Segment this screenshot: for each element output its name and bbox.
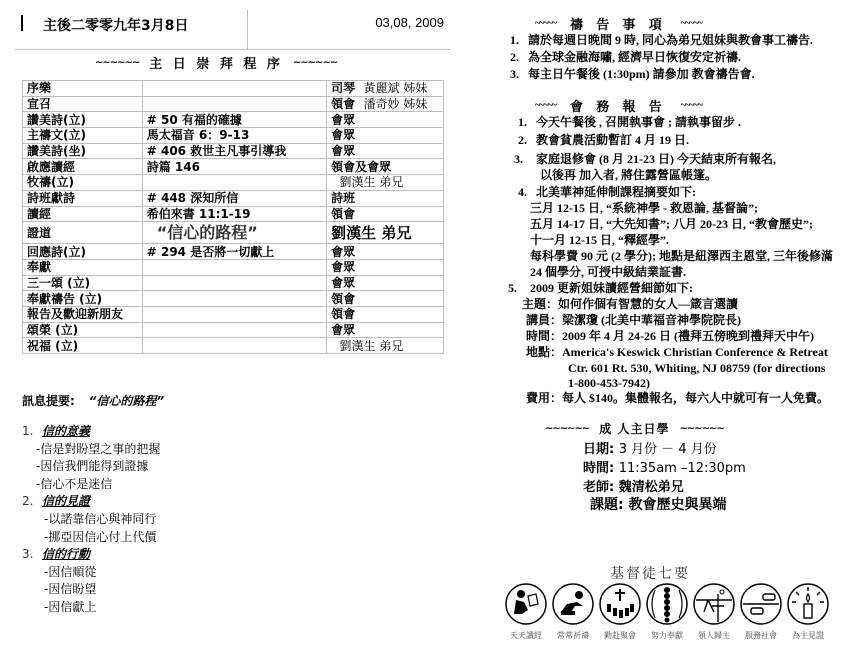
outline-point: -因信順從 [22, 564, 160, 582]
news-item-4-line: 十一月 12-15 日, “釋經學”. [530, 233, 669, 248]
worship-item: 奉獻 [23, 259, 143, 275]
worship-content [142, 175, 326, 191]
worship-row: 讚美詩(坐)# 406 救世主凡事引導我會眾 [23, 143, 444, 159]
worship-leader: 領會 [327, 206, 444, 222]
header-divider [247, 10, 248, 50]
essential-offering: 努力奉獻 [644, 582, 690, 641]
essential-praying: 常常祈禱 [550, 582, 596, 641]
worship-content: # 448 深知所信 [142, 190, 326, 206]
church-news-title: 會 務 報 告 [570, 96, 667, 115]
worship-row: 啟應讀經詩篇 146領會及會眾 [23, 159, 444, 175]
worship-leader: 司琴 黃麗斌 姊妹 [327, 81, 444, 97]
bible-reading-icon [504, 582, 548, 626]
worship-leader: 會眾 [327, 259, 444, 275]
worship-item: 牧禱(立) [23, 175, 143, 191]
retreat-location-line: 1-800-453-7942) [568, 376, 650, 391]
squiggle-decoration-icon: ~~~~~ [535, 18, 556, 29]
prayer-items-heading: ~~~~~ 禱 告 事 項 ~~~~~ [535, 14, 702, 33]
sunday-school-heading: ~~~~~~ 成 人主日學 ~~~~~~ [545, 420, 724, 437]
essential-gathering: 勤赴聚會 [597, 582, 643, 641]
squiggle-decoration-icon: ~~~~~~ [545, 423, 589, 434]
header-bar-decoration [21, 15, 23, 31]
sunday-school-time: 時間: 11:35am –12:30pm [583, 457, 746, 476]
order-of-worship-table: 序樂司琴 黃麗斌 姊妹宣召領會 潘奇妙 姊妹讚美詩(立)# 50 有福的確據會眾… [22, 80, 444, 354]
outline-point: -因信我們能得到證據 [22, 458, 160, 476]
worship-row: 牧禱(立) 劉漢生 弟兄 [23, 175, 444, 191]
worship-content [142, 338, 326, 354]
outline-point: -信是對盼望之事的把握 [22, 441, 160, 459]
prayer-item: 1.請於每週日晚間 9 時, 同心為弟兄姐妹與教會事工禱告. [510, 33, 813, 48]
worship-row: 頌榮 (立)會眾 [23, 322, 444, 338]
news-item-1: 1.今天午餐後 , 召開執事會 ; 請執事留步 . [518, 115, 741, 130]
outline-point: -因信盼望 [22, 581, 160, 599]
worship-row: 讀經希伯來書 11:1-19領會 [23, 206, 444, 222]
retreat-fee: 費用：每人 $140。集體報名，每六人中就可有一人免費。 [526, 391, 829, 406]
essential-bible-reading: 天天讀經 [503, 582, 549, 641]
worship-item: 讀經 [23, 206, 143, 222]
news-item-3-cont: 以後再 加入者, 將住露營區帳篷。 [540, 168, 717, 183]
worship-row: 奉獻會眾 [23, 259, 444, 275]
outline-section-heading: 3.信的行動 [22, 546, 160, 564]
date-chinese: 主後二零零九年3月8日 [43, 15, 188, 35]
worship-item: 祝福 (立) [23, 338, 143, 354]
retreat-location-line: Ctr. 601 Rt. 530, Whiting, NJ 08759 (for… [568, 361, 826, 376]
outline-point: -以諾靠信心與神同行 [22, 511, 160, 529]
worship-content [142, 259, 326, 275]
outline-section-heading: 2.信的見證 [22, 493, 160, 511]
worship-leader: 領會 [327, 306, 444, 322]
worship-item: 詩班獻詩 [23, 190, 143, 206]
news-item-4: 4.北美華神延伸制課程摘要如下: [518, 185, 696, 200]
essential-evangelism: 領人歸主 [691, 582, 737, 641]
news-item-5: 5.2009 更新姐妹讀經營細節如下: [508, 281, 693, 296]
praying-icon [551, 582, 595, 626]
worship-item: 證道 [23, 222, 143, 244]
worship-row: 三一頌 (立)會眾 [23, 275, 444, 291]
sermon-outline-list: 1.信的意義-信是對盼望之事的把握-因信我們能得到證據-信心不是迷信2.信的見證… [22, 423, 160, 617]
sermon-title: “信心的路程” [89, 394, 164, 408]
worship-item: 報告及歡迎新朋友 [23, 306, 143, 322]
worship-content: 希伯來書 11:1-19 [142, 206, 326, 222]
worship-item: 奉獻禱告 (立) [23, 291, 143, 307]
service-icon [739, 582, 783, 626]
squiggle-decoration-icon: ~~~~~~ [293, 57, 337, 68]
outline-point: -信心不是迷信 [22, 476, 160, 494]
bulletin-header: 主後二零零九年3月8日 03,08, 2009 [15, 10, 450, 50]
worship-content: # 294 是否將一切獻上 [142, 244, 326, 260]
worship-row: 序樂司琴 黃麗斌 姊妹 [23, 81, 444, 97]
order-of-worship-heading: ~~~~~~ 主 日 崇 拜 程 序 ~~~~~~ [95, 53, 337, 72]
worship-content [142, 322, 326, 338]
worship-leader: 詩班 [327, 190, 444, 206]
worship-leader: 會眾 [327, 322, 444, 338]
worship-leader: 會眾 [327, 143, 444, 159]
outline-section-heading: 1.信的意義 [22, 423, 160, 441]
sunday-school-topic: 課題: 教會歷史與異端 [590, 494, 726, 514]
squiggle-decoration-icon: ~~~~~~ [679, 423, 723, 434]
news-item-2: 2.教會貧農活動暫訂 4 月 19 日. [518, 133, 689, 148]
worship-content: “信心的路程” [142, 222, 326, 244]
news-item-4-line: 三月 12-15 日, “系統神學 - 救恩論, 基督論”; [530, 201, 758, 216]
sunday-school-title: 成 人主日學 [599, 420, 669, 437]
worship-leader: 會眾 [327, 244, 444, 260]
prayer-items-title: 禱 告 事 項 [570, 14, 667, 33]
worship-leader: 領會及會眾 [327, 159, 444, 175]
worship-leader: 領會 潘奇妙 姊妹 [327, 96, 444, 112]
worship-row: 主禱文(立)馬太福音 6：9-13會眾 [23, 128, 444, 144]
worship-leader: 劉漢生 弟兄 [327, 175, 444, 191]
worship-leader: 會眾 [327, 275, 444, 291]
worship-row: 報告及歡迎新朋友領會 [23, 306, 444, 322]
worship-row: 詩班獻詩# 448 深知所信詩班 [23, 190, 444, 206]
worship-row: 回應詩(立)# 294 是否將一切獻上會眾 [23, 244, 444, 260]
seven-essentials-title: 基督徒七要 [610, 563, 690, 583]
worship-row: 奉獻禱告 (立)領會 [23, 291, 444, 307]
worship-row: 祝福 (立) 劉漢生 弟兄 [23, 338, 444, 354]
worship-item: 序樂 [23, 81, 143, 97]
gathering-icon [598, 582, 642, 626]
evangelism-icon [692, 582, 736, 626]
worship-leader: 會眾 [327, 128, 444, 144]
squiggle-decoration-icon: ~~~~~~ [95, 57, 139, 68]
worship-leader: 會眾 [327, 112, 444, 128]
retreat-time: 時間：2009 年 4 月 24-26 日 (禮拜五傍晚到禮拜天中午) [526, 329, 814, 344]
retreat-theme: 主題：如何作個有智慧的女人—箴言選讀 [522, 297, 738, 312]
news-item-4-line: 每科學費 90 元 (2 學分); 地點是紐澤西主恩堂, 三年後修滿 [530, 249, 833, 264]
essential-service: 服務社會 [738, 582, 784, 641]
retreat-location: 地點：America's Keswick Christian Conferenc… [526, 345, 828, 360]
offering-icon [645, 582, 689, 626]
worship-content [142, 81, 326, 97]
news-item-4-line: 五月 14-17 日, “大先知書”; 八月 20-23 日, “教會歷史”; [530, 217, 813, 232]
order-of-worship-title: 主 日 崇 拜 程 序 [149, 53, 283, 72]
worship-content: 詩篇 146 [142, 159, 326, 175]
worship-leader: 劉漢生 弟兄 [327, 222, 444, 244]
sermon-outline-header: 訊息提要: “信心的路程” [22, 392, 164, 409]
worship-content: # 50 有福的確據 [142, 112, 326, 128]
prayer-item: 3.每主日午餐後 (1:30pm) 請參加 教會禱告會. [510, 67, 755, 82]
church-news-heading: ~~~~~ 會 務 報 告 ~~~~~ [535, 96, 702, 115]
news-item-4-line: 24 個學分, 可授中級結業証書. [530, 265, 686, 280]
sunday-school-teacher: 老師: 魏清松弟兄 [583, 476, 684, 495]
outline-point: -因信獻上 [22, 599, 160, 617]
worship-item: 主禱文(立) [23, 128, 143, 144]
squiggle-decoration-icon: ~~~~~ [681, 100, 702, 111]
essential-witness: 為主見證 [785, 582, 831, 641]
worship-content [142, 306, 326, 322]
outline-point: -挪亞因信心付上代價 [22, 529, 160, 547]
worship-leader: 劉漢生 弟兄 [327, 338, 444, 354]
worship-row: 讚美詩(立)# 50 有福的確據會眾 [23, 112, 444, 128]
worship-content [142, 275, 326, 291]
worship-row: 證道“信心的路程”劉漢生 弟兄 [23, 222, 444, 244]
squiggle-decoration-icon: ~~~~~ [535, 100, 556, 111]
worship-leader: 領會 [327, 291, 444, 307]
worship-content [142, 291, 326, 307]
date-numeric: 03,08, 2009 [375, 15, 444, 30]
worship-content: 馬太福音 6：9-13 [142, 128, 326, 144]
retreat-speaker: 講員：梁潔瓊 (北美中華福音神學院院長) [526, 313, 741, 328]
sunday-school-date: 日期: 3 月份 － 4 月份 [583, 438, 717, 457]
worship-content [142, 96, 326, 112]
worship-item: 宣召 [23, 96, 143, 112]
worship-item: 啟應讀經 [23, 159, 143, 175]
worship-item: 讚美詩(坐) [23, 143, 143, 159]
candle-witness-icon [786, 582, 830, 626]
worship-item: 頌榮 (立) [23, 322, 143, 338]
worship-item: 三一頌 (立) [23, 275, 143, 291]
sermon-outline-label: 訊息提要: [22, 394, 75, 408]
worship-item: 回應詩(立) [23, 244, 143, 260]
squiggle-decoration-icon: ~~~~~ [681, 18, 702, 29]
seven-essentials-icons: 天天讀經 常常祈禱 勤赴聚會 努力奉獻 領人歸主 服務社會 為主見證 [503, 582, 831, 641]
news-item-3: 3.家庭退修會 (8 月 21-23 日) 今天結束所有報名, [514, 152, 776, 167]
prayer-item: 2.為全球金融海嘯, 經濟早日恢復安定祈禱. [510, 50, 741, 65]
worship-item: 讚美詩(立) [23, 112, 143, 128]
worship-row: 宣召領會 潘奇妙 姊妹 [23, 96, 444, 112]
worship-content: # 406 救世主凡事引導我 [142, 143, 326, 159]
